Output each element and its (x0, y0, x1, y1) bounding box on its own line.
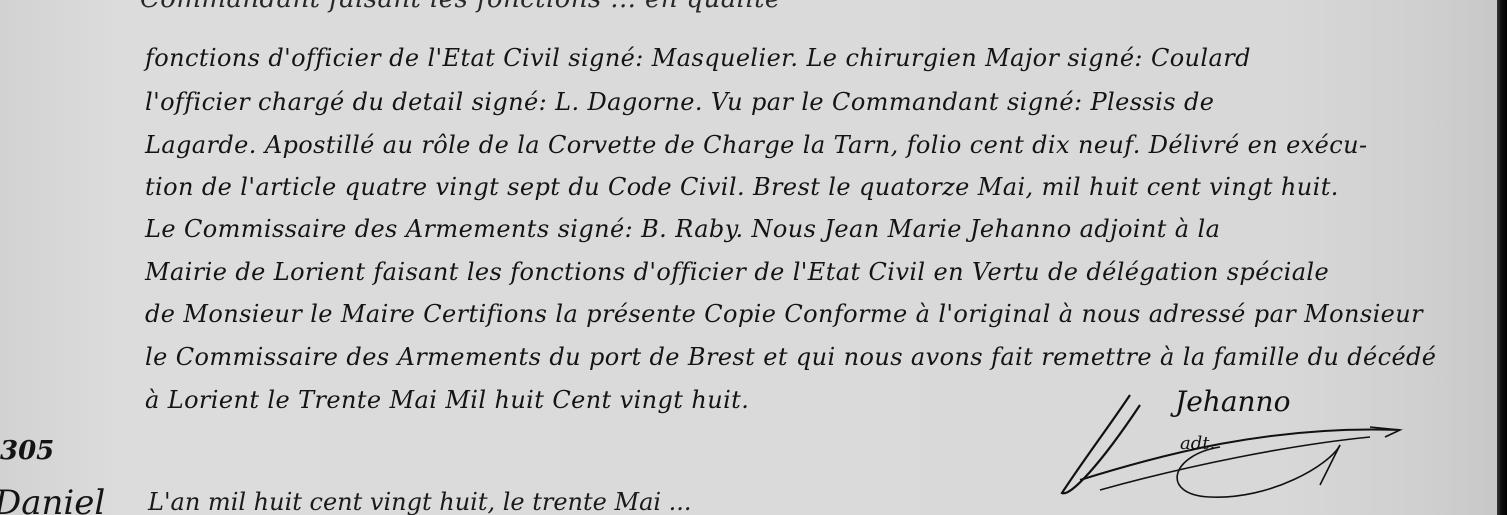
text-line-2: l'officier chargé du detail signé: L. Da… (145, 88, 1214, 116)
next-entry-start: L'an mil huit cent vingt huit, le trente… (148, 488, 692, 515)
text-line-4: tion de l'article quatre vingt sept du C… (145, 173, 1339, 201)
cut-off-top-line: Commandant faisant les fonctions ... en … (140, 0, 781, 14)
entry-name: Daniel (0, 483, 105, 515)
text-line-3: Lagarde. Apostillé au rôle de la Corvett… (145, 131, 1367, 159)
entry-number: 305 (0, 436, 54, 466)
signature-block: Jehanno adt. (1040, 385, 1420, 505)
signature-title: adt. (1180, 433, 1215, 454)
signature-name: Jehanno (1175, 385, 1290, 418)
page-binding-edge (1497, 0, 1507, 515)
text-line-1: fonctions d'officier de l'Etat Civil sig… (145, 44, 1251, 72)
text-line-8: le Commissaire des Armements du port de … (145, 343, 1436, 371)
text-line-6: Mairie de Lorient faisant les fonctions … (145, 258, 1329, 286)
text-line-7: de Monsieur le Maire Certifions la prése… (145, 300, 1423, 328)
text-line-9: à Lorient le Trente Mai Mil huit Cent vi… (145, 386, 749, 414)
text-line-5: Le Commissaire des Armements signé: B. R… (145, 215, 1220, 243)
scanned-register-page: Commandant faisant les fonctions ... en … (0, 0, 1507, 515)
